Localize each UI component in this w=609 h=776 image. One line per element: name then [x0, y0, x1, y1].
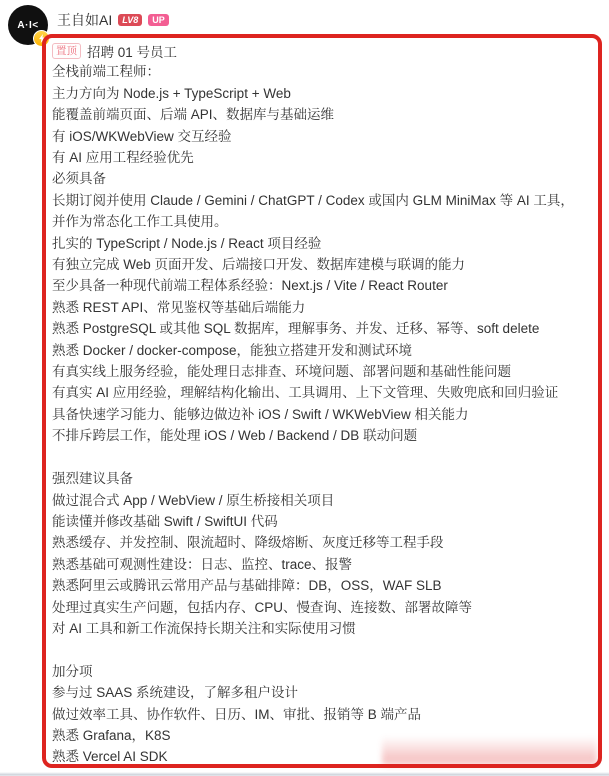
post-line: 具备快速学习能力、能够边做边补 iOS / Swift / WKWebView …: [52, 404, 592, 425]
post-line: 长期订阅并使用 Claude / Gemini / ChatGPT / Code…: [52, 190, 592, 211]
user-row: 王自如AI LV8 UP: [57, 10, 169, 30]
post-line: 至少具备一种现代前端工程体系经验：Next.js / Vite / React …: [52, 275, 592, 296]
post-line: 有真实 AI 应用经验，理解结构化输出、工具调用、上下文管理、失败兜底和回归验证: [52, 382, 592, 403]
post-line: 做过混合式 App / WebView / 原生桥接相关项目: [52, 490, 592, 511]
post-line: 全栈前端工程师：: [52, 61, 592, 82]
post-line: 有真实线上服务经验，能处理日志排查、环境问题、部署问题和基础性能问题: [52, 361, 592, 382]
avatar-text: A·I<: [17, 20, 38, 31]
post-line: 有独立完成 Web 页面开发、后端接口开发、数据库建模与联调的能力: [52, 254, 592, 275]
post-line: 熟悉 Docker / docker-compose，能独立搭建开发和测试环境: [52, 340, 592, 361]
post-line: 有 iOS/WKWebView 交互经验: [52, 126, 592, 147]
post-line: 扎实的 TypeScript / Node.js / React 项目经验: [52, 233, 592, 254]
post-line: [52, 639, 592, 660]
post-line: 主力方向为 Node.js + TypeScript + Web: [52, 83, 592, 104]
post-line: 处理过真实生产问题，包括内存、CPU、慢查询、连接数、部署故障等: [52, 597, 592, 618]
post-line: 必须具备: [52, 168, 592, 189]
post-line: 熟悉 REST API、常见鉴权等基础后端能力: [52, 297, 592, 318]
post-line: 熟悉缓存、并发控制、限流超时、降级熔断、灰度迁移等工程手段: [52, 532, 592, 553]
post-body: 全栈前端工程师：主力方向为 Node.js + TypeScript + Web…: [52, 61, 592, 767]
up-badge[interactable]: UP: [148, 14, 169, 26]
level-badge[interactable]: LV8: [118, 14, 142, 26]
bottom-divider: [0, 772, 609, 776]
post-title: 招聘 01 号员工: [87, 41, 177, 61]
post-line: 强烈建议具备: [52, 468, 592, 489]
post-line: 参与过 SAAS 系统建设，了解多租户设计: [52, 682, 592, 703]
pinned-badge: 置顶: [52, 43, 81, 59]
post-line: 熟悉基础可观测性建设：日志、监控、trace、报警: [52, 554, 592, 575]
red-annotation-box: 置顶 招聘 01 号员工 全栈前端工程师：主力方向为 Node.js + Typ…: [42, 34, 602, 768]
post-title-line: 置顶 招聘 01 号员工: [52, 40, 592, 61]
post-line: 对 AI 工具和新工作流保持长期关注和实际使用习惯: [52, 618, 592, 639]
post-line: 不排斥跨层工作，能处理 iOS / Web / Backend / DB 联动问…: [52, 425, 592, 446]
post-line: 加分项: [52, 661, 592, 682]
post-line: 有 AI 应用工程经验优先: [52, 147, 592, 168]
post-line: [52, 447, 592, 468]
post-line: 熟悉 PostgreSQL 或其他 SQL 数据库，理解事务、并发、迁移、幂等、…: [52, 318, 592, 339]
post-line: 熟悉 Grafana，K8S: [52, 725, 592, 746]
post-line: 熟悉阿里云或腾讯云常用产品与基础排障：DB，OSS，WAF SLB: [52, 575, 592, 596]
post-line: 熟悉 Vercel AI SDK: [52, 746, 592, 767]
username[interactable]: 王自如AI: [57, 10, 112, 30]
post-line: 能读懂并修改基础 Swift / SwiftUI 代码: [52, 511, 592, 532]
post-line: 并作为常态化工作工具使用。: [52, 211, 592, 232]
post-line: 能覆盖前端页面、后端 API、数据库与基础运维: [52, 104, 592, 125]
weibo-post-page: A·I< 王自如AI LV8 UP 置顶 招聘 01 号员工 全栈前端工程师：主…: [0, 0, 609, 776]
post-line: 做过效率工具、协作软件、日历、IM、审批、报销等 B 端产品: [52, 704, 592, 725]
